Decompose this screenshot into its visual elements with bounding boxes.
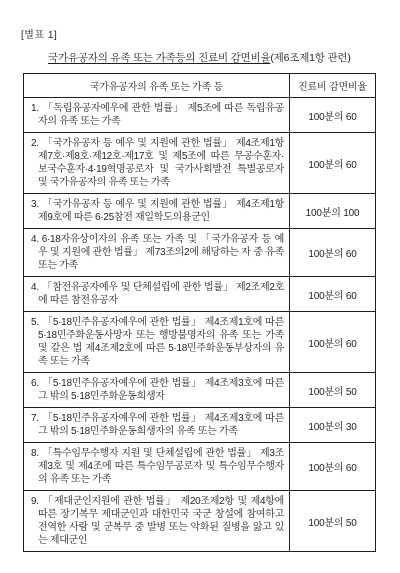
item-cell: 2.「국가유공자 등 예우 및 지원에 관한 법률」 제4조제1항 제7호·제8…	[24, 133, 290, 194]
item-number: 2.	[31, 138, 39, 149]
table-row: 6.「5·18민주유공자예우에 관한 법률」 제4조제3호에 따른 그 밖의 5…	[24, 373, 376, 408]
item-cell: 1.「독립유공자예우에 관한 법률」 제5조에 따른 독립유공자의 유족 또는 …	[24, 98, 290, 133]
item-number: 8.	[31, 448, 39, 459]
item-text: 「제대군인지원에 관한 법률」 제20조제2항 및 제4항에 따른 장기복무 제…	[38, 496, 284, 546]
item-number: 4.	[31, 234, 39, 245]
table-row: 8.「특수임무수행자 지원 및 단체설립에 관한 법률」 제3조제3호 및 제4…	[24, 443, 376, 491]
table-row: 1.「독립유공자예우에 관한 법률」 제5조에 따른 독립유공자의 유족 또는 …	[24, 98, 376, 133]
table-row: 4.6·18자유상이자의 유족 또는 가족 및 「국가유공자 등 예우 및 지원…	[24, 229, 376, 277]
table-header: 국가유공자의 유족 또는 가족 등 진료비 감면비율	[24, 74, 376, 98]
item-cell: 4.6·18자유상이자의 유족 또는 가족 및 「국가유공자 등 예우 및 지원…	[24, 229, 290, 277]
column-header-beneficiary: 국가유공자의 유족 또는 가족 등	[24, 74, 290, 98]
rate-cell: 100분의 60	[290, 312, 376, 373]
item-cell: 6.「5·18민주유공자예우에 관한 법률」 제4조제3호에 따른 그 밖의 5…	[24, 373, 290, 408]
rate-cell: 100분의 60	[290, 277, 376, 312]
document-title-main: 국가유공자의 유족 또는 가족등의 진료비 감면비율	[48, 52, 270, 64]
document-title-suffix: (제6조제1항 관련)	[270, 52, 350, 64]
item-cell: 9.「제대군인지원에 관한 법률」 제20조제2항 및 제4항에 따른 장기복무…	[24, 491, 290, 552]
table-header-row: 국가유공자의 유족 또는 가족 등 진료비 감면비율	[24, 74, 376, 98]
item-number: 1.	[31, 103, 39, 114]
document-page: [별표 1] 국가유공자의 유족 또는 가족등의 진료비 감면비율(제6조제1항…	[0, 0, 400, 573]
column-header-rate: 진료비 감면비율	[290, 74, 376, 98]
item-number: 4.	[31, 282, 39, 293]
document-title: 국가유공자의 유족 또는 가족등의 진료비 감면비율(제6조제1항 관련)	[48, 50, 351, 65]
item-text: 「5·18민주유공자예우에 관한 법률」 제4조제3호에 따른 그 밖의 5·1…	[38, 413, 284, 437]
table-row: 2.「국가유공자 등 예우 및 지원에 관한 법률」 제4조제1항 제7호·제8…	[24, 133, 376, 194]
item-cell: 7.「5·18민주유공자예우에 관한 법률」 제4조제3호에 따른 그 밖의 5…	[24, 408, 290, 443]
table-row: 5.「5·18민주유공자예우에 관한 법률」 제4조제1호에 따른 5·18민주…	[24, 312, 376, 373]
table-row: 7.「5·18민주유공자예우에 관한 법률」 제4조제3호에 따른 그 밖의 5…	[24, 408, 376, 443]
item-number: 3.	[31, 199, 39, 210]
item-number: 7.	[31, 413, 39, 424]
item-cell: 5.「5·18민주유공자예우에 관한 법률」 제4조제1호에 따른 5·18민주…	[24, 312, 290, 373]
item-cell: 4.「참전유공자예우 및 단체설립에 관한 법률」 제2조제2호에 따른 참전유…	[24, 277, 290, 312]
rate-cell: 100분의 60	[290, 229, 376, 277]
item-cell: 8.「특수임무수행자 지원 및 단체설립에 관한 법률」 제3조제3호 및 제4…	[24, 443, 290, 491]
item-text: 「5·18민주유공자예우에 관한 법률」 제4조제3호에 따른 그 밖의 5·1…	[38, 378, 284, 402]
item-number: 6.	[31, 378, 39, 389]
rate-cell: 100분의 50	[290, 491, 376, 552]
item-number: 5.	[31, 317, 39, 328]
rate-cell: 100분의 30	[290, 408, 376, 443]
table-row: 4.「참전유공자예우 및 단체설립에 관한 법률」 제2조제2호에 따른 참전유…	[24, 277, 376, 312]
rate-cell: 100분의 50	[290, 373, 376, 408]
table-row: 3.「국가유공자 등 예우 및 지원에 관한 법률」 제4조제1항 제9호에 따…	[24, 194, 376, 229]
item-cell: 3.「국가유공자 등 예우 및 지원에 관한 법률」 제4조제1항 제9호에 따…	[24, 194, 290, 229]
item-number: 9.	[31, 496, 39, 507]
item-text: 「국가유공자 등 예우 및 지원에 관한 법률」 제4조제1항 제9호에 따른 …	[38, 199, 284, 223]
annex-label: [별표 1]	[21, 26, 57, 41]
table-body: 1.「독립유공자예우에 관한 법률」 제5조에 따른 독립유공자의 유족 또는 …	[24, 98, 376, 552]
item-text: 「특수임무수행자 지원 및 단체설립에 관한 법률」 제3조제3호 및 제4조에…	[38, 448, 284, 485]
item-text: 「5·18민주유공자예우에 관한 법률」 제4조제1호에 따른 5·18민주화운…	[38, 317, 284, 367]
item-text: 「참전유공자예우 및 단체설립에 관한 법률」 제2조제2호에 따른 참전유공자	[38, 282, 284, 306]
table-row: 9.「제대군인지원에 관한 법률」 제20조제2항 및 제4항에 따른 장기복무…	[24, 491, 376, 552]
item-text: 「독립유공자예우에 관한 법률」 제5조에 따른 독립유공자의 유족 또는 가족	[38, 103, 284, 127]
rate-cell: 100분의 100	[290, 194, 376, 229]
item-text: 「국가유공자 등 예우 및 지원에 관한 법률」 제4조제1항 제7호·제8호·…	[38, 138, 284, 188]
item-text: 6·18자유상이자의 유족 또는 가족 및 「국가유공자 등 예우 및 지원에 …	[38, 234, 284, 271]
rate-cell: 100분의 60	[290, 443, 376, 491]
fee-reduction-table: 국가유공자의 유족 또는 가족 등 진료비 감면비율 1.「독립유공자예우에 관…	[23, 73, 376, 552]
rate-cell: 100분의 60	[290, 98, 376, 133]
rate-cell: 100분의 60	[290, 133, 376, 194]
